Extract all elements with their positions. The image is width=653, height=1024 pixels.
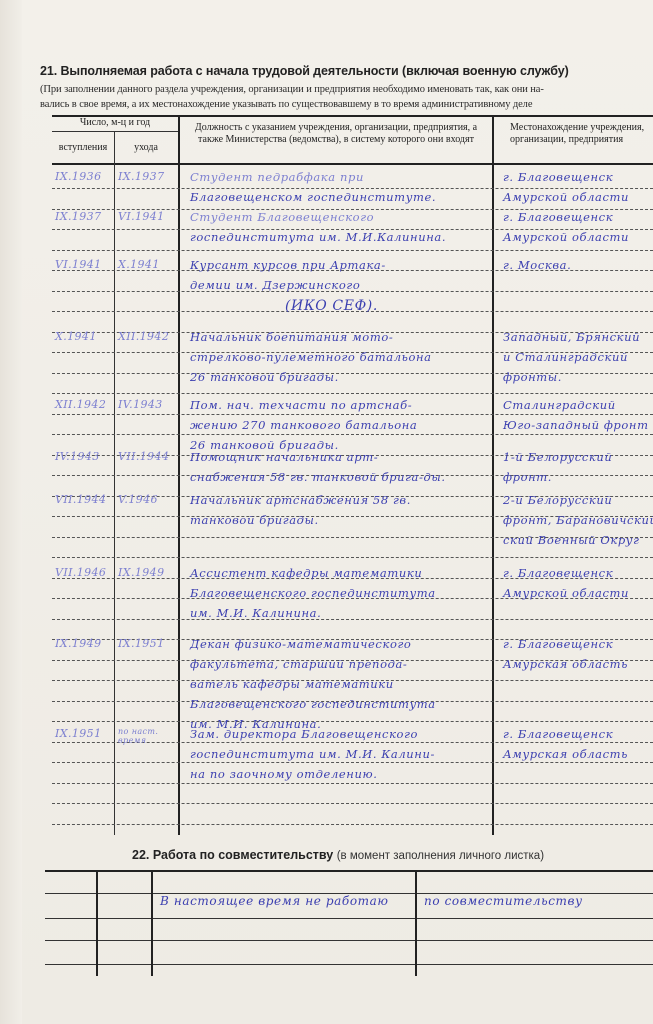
ruled-line (52, 803, 653, 804)
position-line: Курсант курсов при Артака- (190, 258, 386, 272)
position-line: Начальник артснабжения 58 гв. (190, 493, 411, 507)
section-22-col-1 (96, 870, 98, 976)
section-22-ruled-4 (45, 964, 653, 965)
end-date: IV.1943 (118, 398, 163, 411)
position-line: Студент Благовещенского (190, 210, 374, 224)
location-line: г. Благовещенск (503, 637, 613, 651)
end-date: IX.1951 (118, 637, 164, 650)
location-line: Амурской области (503, 586, 629, 600)
end-date: IX.1937 (118, 170, 164, 183)
ruled-line (52, 393, 653, 394)
start-date: IX.1937 (55, 210, 101, 223)
start-date: XII.1942 (55, 398, 106, 411)
paper-edge (0, 0, 22, 1024)
date-group-divider (52, 131, 178, 132)
end-date: VI.1941 (118, 210, 165, 223)
section-22-title: 22. Работа по совместительству (в момент… (132, 848, 544, 862)
position-line: жению 270 танкового батальона (190, 418, 417, 432)
end-date: XII.1942 (118, 330, 169, 343)
location-line: Сталинградский (503, 398, 616, 412)
position-line: Благовещенском госпединституте. (190, 190, 436, 204)
section-22-top-border (45, 870, 653, 872)
start-date: IV.1943 (55, 450, 100, 463)
position-line: демии им. Дзержинского (190, 278, 360, 292)
position-line: госпединститута им. М.И.Калинина. (190, 230, 446, 244)
location-line: ский Военный Округ (503, 533, 639, 547)
position-line: снабжения 58 гв. танковой брига-ды. (190, 470, 446, 484)
position-line: на по заочному отделению. (190, 767, 377, 781)
location-line: фронт. (503, 470, 552, 484)
header-end: ухода (114, 142, 178, 154)
section-21-note-line-1: (При заполнении данного раздела учрежден… (40, 84, 544, 95)
location-line: Амурской области (503, 190, 629, 204)
position-line: ватель кафедры математики (190, 677, 394, 691)
header-date-group: Число, м-ц и год (52, 117, 178, 129)
ruled-line (52, 414, 653, 415)
end-date: X.1941 (118, 258, 160, 271)
position-line: Декан физико-математического (190, 637, 411, 651)
section-22-col-2 (151, 870, 153, 976)
location-line: г. Москва. (503, 258, 571, 272)
section-21-title: 21. Выполняемая работа с начала трудовой… (40, 64, 653, 78)
section-22-entry-right: по совместительству (424, 894, 583, 908)
location-line: Амурская область (503, 747, 628, 761)
position-line: (ИКО СЕФ). (285, 298, 378, 314)
end-date: по наст. время (118, 727, 168, 745)
col-divider-start-end (114, 131, 115, 835)
start-date: VI.1941 (55, 258, 102, 271)
location-line: Западный, Брянский (503, 330, 640, 344)
start-date: VII.1946 (55, 566, 106, 579)
location-line: Амурская область (503, 657, 628, 671)
header-position: Должность с указанием учреждения, органи… (188, 122, 484, 146)
ruled-line (52, 557, 653, 558)
location-line: 1-й Белорусский (503, 450, 612, 464)
location-line: г. Благовещенск (503, 170, 613, 184)
position-line: танковой бригады. (190, 513, 319, 527)
end-date: IX.1949 (118, 566, 164, 579)
location-line: Юго-западный фронт (503, 418, 649, 432)
position-line: 26 танковой бригады. (190, 370, 339, 384)
ruled-line (52, 762, 653, 763)
location-line: Амурской области (503, 230, 629, 244)
position-line: факультета, старший препода- (190, 657, 407, 671)
location-line: г. Благовещенск (503, 566, 613, 580)
position-line: Студент педрабфака при (190, 170, 364, 184)
section-22-ruled-3 (45, 940, 653, 941)
ruled-line (52, 824, 653, 825)
section-22-title-bold: 22. Работа по совместительству (132, 848, 333, 862)
location-line: г. Благовещенск (503, 210, 613, 224)
position-line: Пом. нач. техчасти по артснаб- (190, 398, 412, 412)
header-bottom-border (52, 163, 653, 165)
location-line: и Сталинградский (503, 350, 628, 364)
header-location: Местонахождение учреждения, организации,… (502, 122, 653, 146)
start-date: X.1941 (55, 330, 97, 343)
location-line: фронт, Барановичский (503, 513, 653, 527)
position-line: стрелково-пулеметного батальона (190, 350, 432, 364)
position-line: госпединститута им. М.И. Калини- (190, 747, 435, 761)
location-line: г. Благовещенск (503, 727, 613, 741)
section-21-note-line-2: вались в свое время, а их местонахождени… (40, 99, 532, 110)
start-date: VII.1944 (55, 493, 106, 506)
ruled-line (52, 783, 653, 784)
start-date: IX.1936 (55, 170, 101, 183)
ruled-line (52, 373, 653, 374)
section-22-entry-left: В настоящее время не работаю (160, 894, 389, 908)
location-line: 2-й Белорусский (503, 493, 612, 507)
position-line: Помощник начальника арт- (190, 450, 378, 464)
position-line: Ассистент кафедры математики (190, 566, 422, 580)
ruled-line (52, 188, 653, 189)
position-line: Благовещенского госпединститута (190, 697, 436, 711)
end-date: V.1946 (118, 493, 158, 506)
position-line: Благовещенского госпединститута (190, 586, 436, 600)
section-22-col-3 (415, 870, 417, 976)
position-line: Начальник боепитания мото- (190, 330, 393, 344)
ruled-line (52, 434, 653, 435)
section-22-ruled-2 (45, 918, 653, 919)
position-line: им. М.И. Калинина. (190, 606, 321, 620)
header-start: вступления (52, 142, 114, 154)
start-date: IX.1949 (55, 637, 101, 650)
ruled-line (52, 721, 653, 722)
ruled-line (52, 619, 653, 620)
start-date: IX.1951 (55, 727, 101, 740)
location-line: фронты. (503, 370, 562, 384)
end-date: VII.1944 (118, 450, 169, 463)
section-22-title-rest: (в момент заполнения личного листка) (337, 850, 544, 862)
position-line: Зам. директора Благовещенского (190, 727, 418, 741)
ruled-line (52, 250, 653, 251)
